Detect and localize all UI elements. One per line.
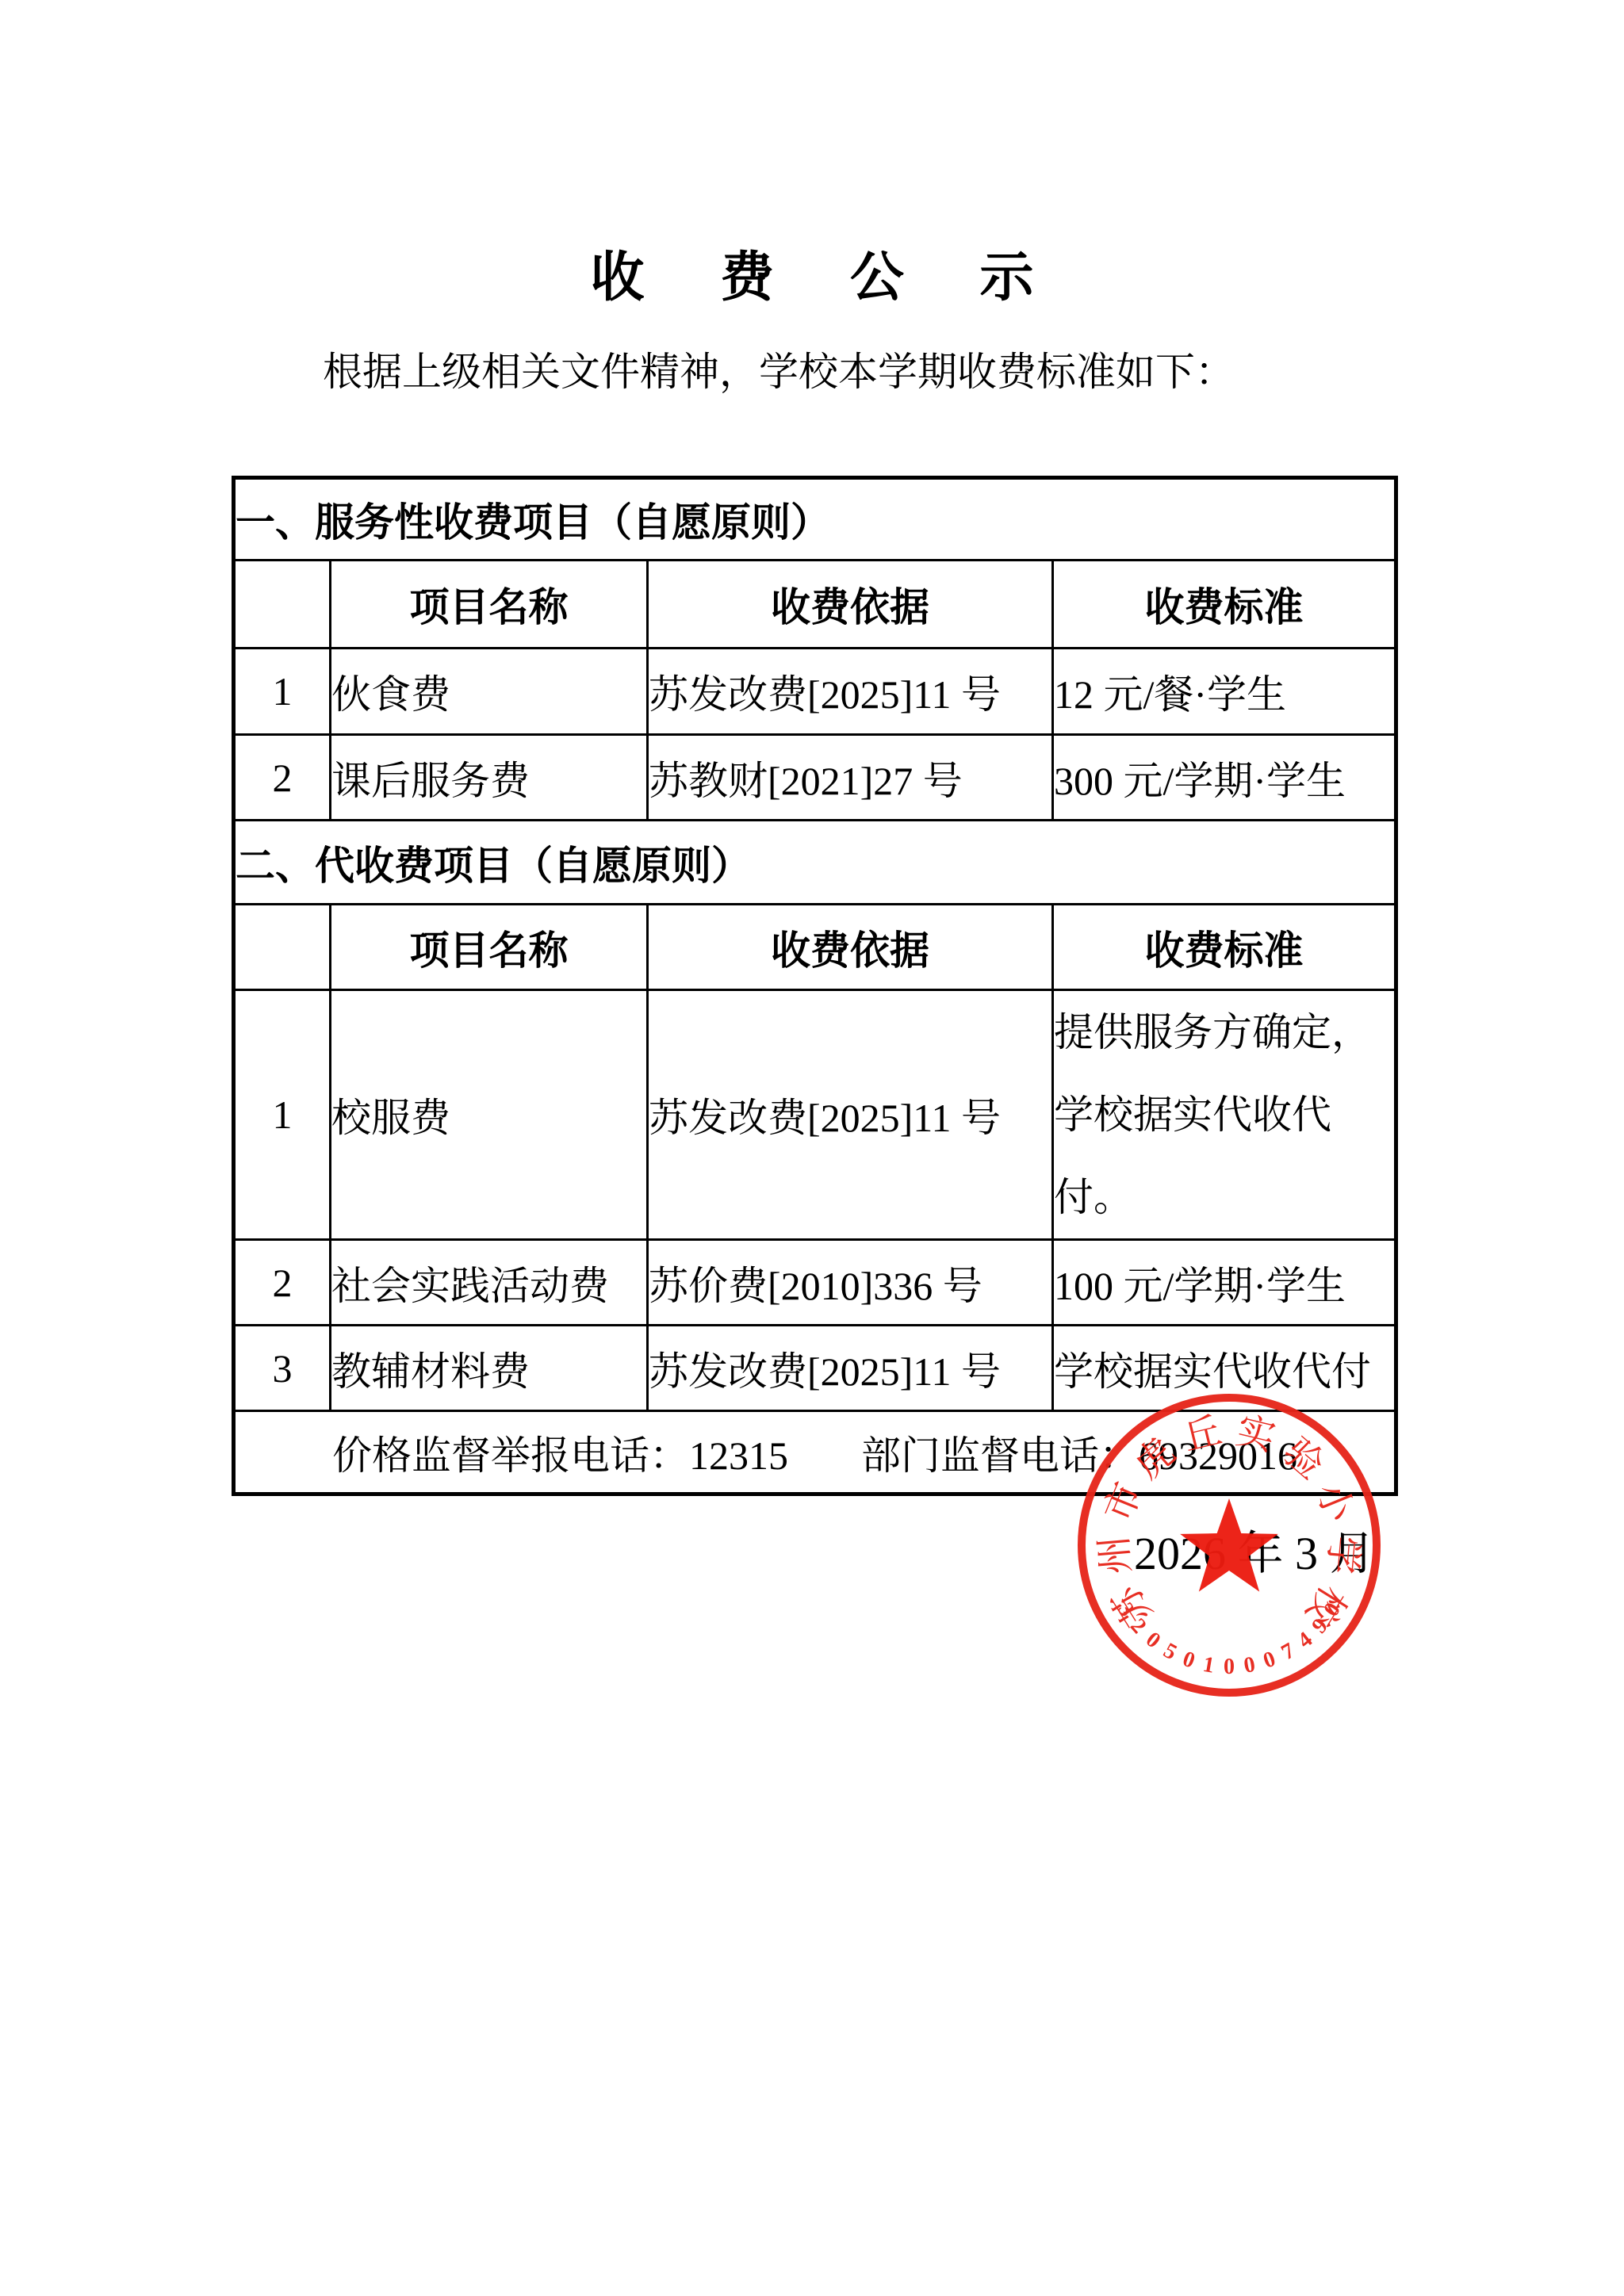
seal-org-char: 小 bbox=[1308, 1476, 1362, 1528]
row-number: 2 bbox=[234, 1240, 331, 1326]
fee-table: 一、服务性收费项目（自愿原则） 项目名称 收费依据 收费标准 1 伙食费 苏发改… bbox=[232, 476, 1398, 1496]
fee-standard: 12 元/餐·学生 bbox=[1053, 649, 1396, 735]
header-item-name: 项目名称 bbox=[331, 561, 648, 649]
seal-org-char: 虎 bbox=[1127, 1430, 1183, 1487]
table-row: 2 课后服务费 苏教财[2021]27 号 300 元/学期·学生 bbox=[234, 735, 1396, 821]
table-row: 2 社会实践活动费 苏价费[2010]336 号 100 元/学期·学生 bbox=[234, 1240, 1396, 1326]
seal-code-digit: 0 bbox=[1141, 1627, 1165, 1653]
seal-code-digit: 0 bbox=[1242, 1652, 1257, 1678]
row-number: 3 bbox=[234, 1326, 331, 1411]
fee-standard: 100 元/学期·学生 bbox=[1053, 1240, 1396, 1326]
section2-title-row: 二、代收费项目（自愿原则） bbox=[234, 821, 1396, 905]
item-name: 教辅材料费 bbox=[331, 1326, 648, 1411]
fee-standard: 提供服务方确定，学校据实代收代付。 bbox=[1053, 990, 1396, 1240]
header-empty bbox=[234, 905, 331, 990]
table-row: 1 校服费 苏发改费[2025]11 号 提供服务方确定，学校据实代收代付。 bbox=[234, 990, 1396, 1240]
header-fee-basis: 收费依据 bbox=[648, 905, 1053, 990]
seal-org-char: 丘 bbox=[1179, 1410, 1226, 1460]
item-name: 校服费 bbox=[331, 990, 648, 1240]
section2-header-row: 项目名称 收费依据 收费标准 bbox=[234, 905, 1396, 990]
seal-org-char: 市 bbox=[1097, 1476, 1151, 1527]
intro-paragraph: 根据上级相关文件精神，学校本学期收费标准如下： bbox=[237, 347, 1395, 396]
section1-header-row: 项目名称 收费依据 收费标准 bbox=[234, 561, 1396, 649]
seal-code-digit: 0 bbox=[1260, 1647, 1278, 1674]
page-title: 收 费 公 示 bbox=[0, 247, 1624, 309]
row-number: 1 bbox=[234, 649, 331, 735]
item-name: 伙食费 bbox=[331, 649, 648, 735]
seal-org-char: 州 bbox=[1094, 1534, 1139, 1575]
fee-basis: 苏教财[2021]27 号 bbox=[648, 735, 1053, 821]
section2-title: 二、代收费项目（自愿原则） bbox=[234, 821, 1396, 905]
fee-standard: 300 元/学期·学生 bbox=[1053, 735, 1396, 821]
seal-code-digit: 7 bbox=[1277, 1638, 1299, 1665]
header-fee-standard: 收费标准 bbox=[1053, 561, 1396, 649]
seal-code-digit: 0 bbox=[1224, 1655, 1235, 1679]
item-name: 社会实践活动费 bbox=[331, 1240, 648, 1326]
seal-code-digit: 1 bbox=[1201, 1652, 1216, 1678]
table-row: 1 伙食费 苏发改费[2025]11 号 12 元/餐·学生 bbox=[234, 649, 1396, 735]
seal-code-digit: 0 bbox=[1179, 1647, 1197, 1674]
seal-org-char: 学 bbox=[1320, 1534, 1365, 1575]
star-icon bbox=[1180, 1498, 1278, 1592]
fee-basis: 苏发改费[2025]11 号 bbox=[648, 649, 1053, 735]
header-item-name: 项目名称 bbox=[331, 905, 648, 990]
seal-org-char: 验 bbox=[1275, 1430, 1331, 1487]
item-name: 课后服务费 bbox=[331, 735, 648, 821]
fee-basis: 苏发改费[2025]11 号 bbox=[648, 990, 1053, 1240]
row-number: 2 bbox=[234, 735, 331, 821]
header-fee-basis: 收费依据 bbox=[648, 561, 1053, 649]
school-seal: 苏州市虎丘实验小学校3205010007490 bbox=[1063, 1379, 1396, 1712]
seal-org-char: 实 bbox=[1232, 1410, 1279, 1460]
header-fee-standard: 收费标准 bbox=[1053, 905, 1396, 990]
fee-basis: 苏发改费[2025]11 号 bbox=[648, 1326, 1053, 1411]
row-number: 1 bbox=[234, 990, 331, 1240]
fee-basis: 苏价费[2010]336 号 bbox=[648, 1240, 1053, 1326]
header-empty bbox=[234, 561, 331, 649]
seal-code-digit: 4 bbox=[1293, 1627, 1317, 1653]
fee-notice-page: { "page": { "title": "收 费 公 示", "intro":… bbox=[0, 0, 1624, 2296]
section1-title-row: 一、服务性收费项目（自愿原则） bbox=[234, 478, 1396, 561]
seal-code-digit: 5 bbox=[1159, 1638, 1181, 1665]
section1-title: 一、服务性收费项目（自愿原则） bbox=[234, 478, 1396, 561]
price-hotline: 价格监督举报电话：12315 bbox=[332, 1424, 788, 1481]
